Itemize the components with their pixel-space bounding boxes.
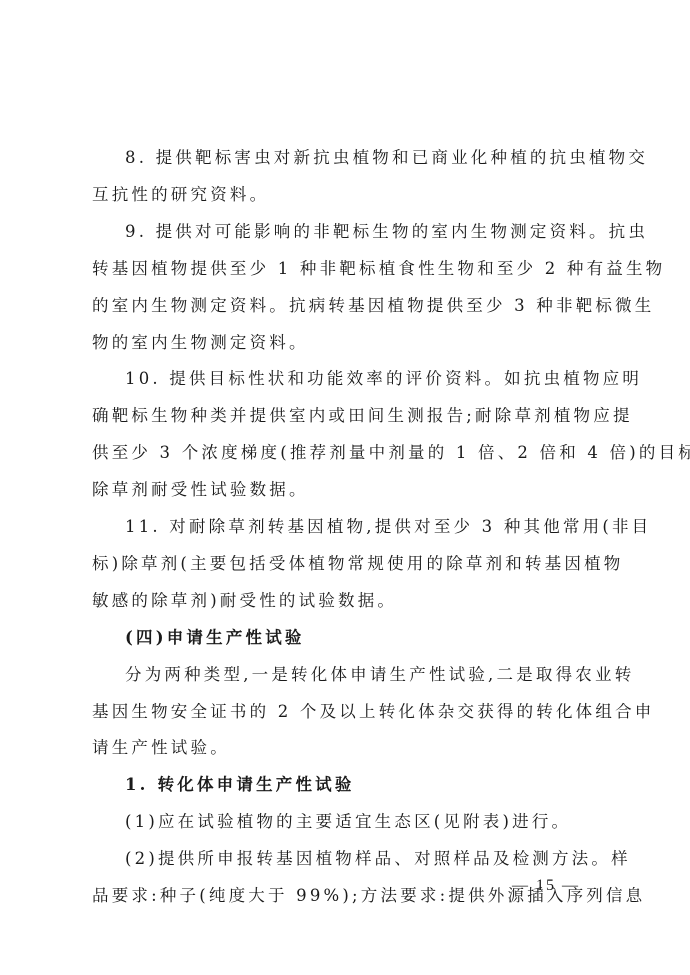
section-heading: (四)申请生产性试验: [125, 628, 600, 648]
text-line: 基因生物安全证书的 2 个及以上转化体杂交获得的转化体组合申: [92, 702, 600, 722]
text-line: 确靶标生物种类并提供室内或田间生测报告;耐除草剂植物应提: [92, 406, 600, 426]
text-line: 请生产性试验。: [92, 738, 600, 758]
text-line: 除草剂耐受性试验数据。: [92, 480, 600, 500]
text-line: 10. 提供目标性状和功能效率的评价资料。如抗虫植物应明: [125, 369, 600, 389]
text-line: 9. 提供对可能影响的非靶标生物的室内生物测定资料。抗虫: [125, 222, 600, 242]
text-line: (1)应在试验植物的主要适宜生态区(见附表)进行。: [125, 812, 600, 832]
page-number: — 15 —: [512, 877, 580, 895]
text-line: 物的室内生物测定资料。: [92, 333, 600, 353]
section-heading: 1. 转化体申请生产性试验: [125, 775, 600, 795]
text-line: 供至少 3 个浓度梯度(推荐剂量中剂量的 1 倍、2 倍和 4 倍)的目标: [92, 443, 600, 463]
text-line: 互抗性的研究资料。: [92, 185, 600, 205]
document-page: 8. 提供靶标害虫对新抗虫植物和已商业化种植的抗虫植物交互抗性的研究资料。9. …: [0, 0, 690, 975]
text-line: 8. 提供靶标害虫对新抗虫植物和已商业化种植的抗虫植物交: [125, 148, 600, 168]
text-line: 11. 对耐除草剂转基因植物,提供对至少 3 种其他常用(非目: [125, 517, 600, 537]
text-line: 转基因植物提供至少 1 种非靶标植食性生物和至少 2 种有益生物: [92, 259, 600, 279]
text-line: 分为两种类型,一是转化体申请生产性试验,二是取得农业转: [125, 665, 600, 685]
text-line: 标)除草剂(主要包括受体植物常规使用的除草剂和转基因植物: [92, 554, 600, 574]
text-line: (2)提供所申报转基因植物样品、对照样品及检测方法。样: [125, 849, 600, 869]
text-line: 敏感的除草剂)耐受性的试验数据。: [92, 591, 600, 611]
text-line: 的室内生物测定资料。抗病转基因植物提供至少 3 种非靶标微生: [92, 296, 600, 316]
